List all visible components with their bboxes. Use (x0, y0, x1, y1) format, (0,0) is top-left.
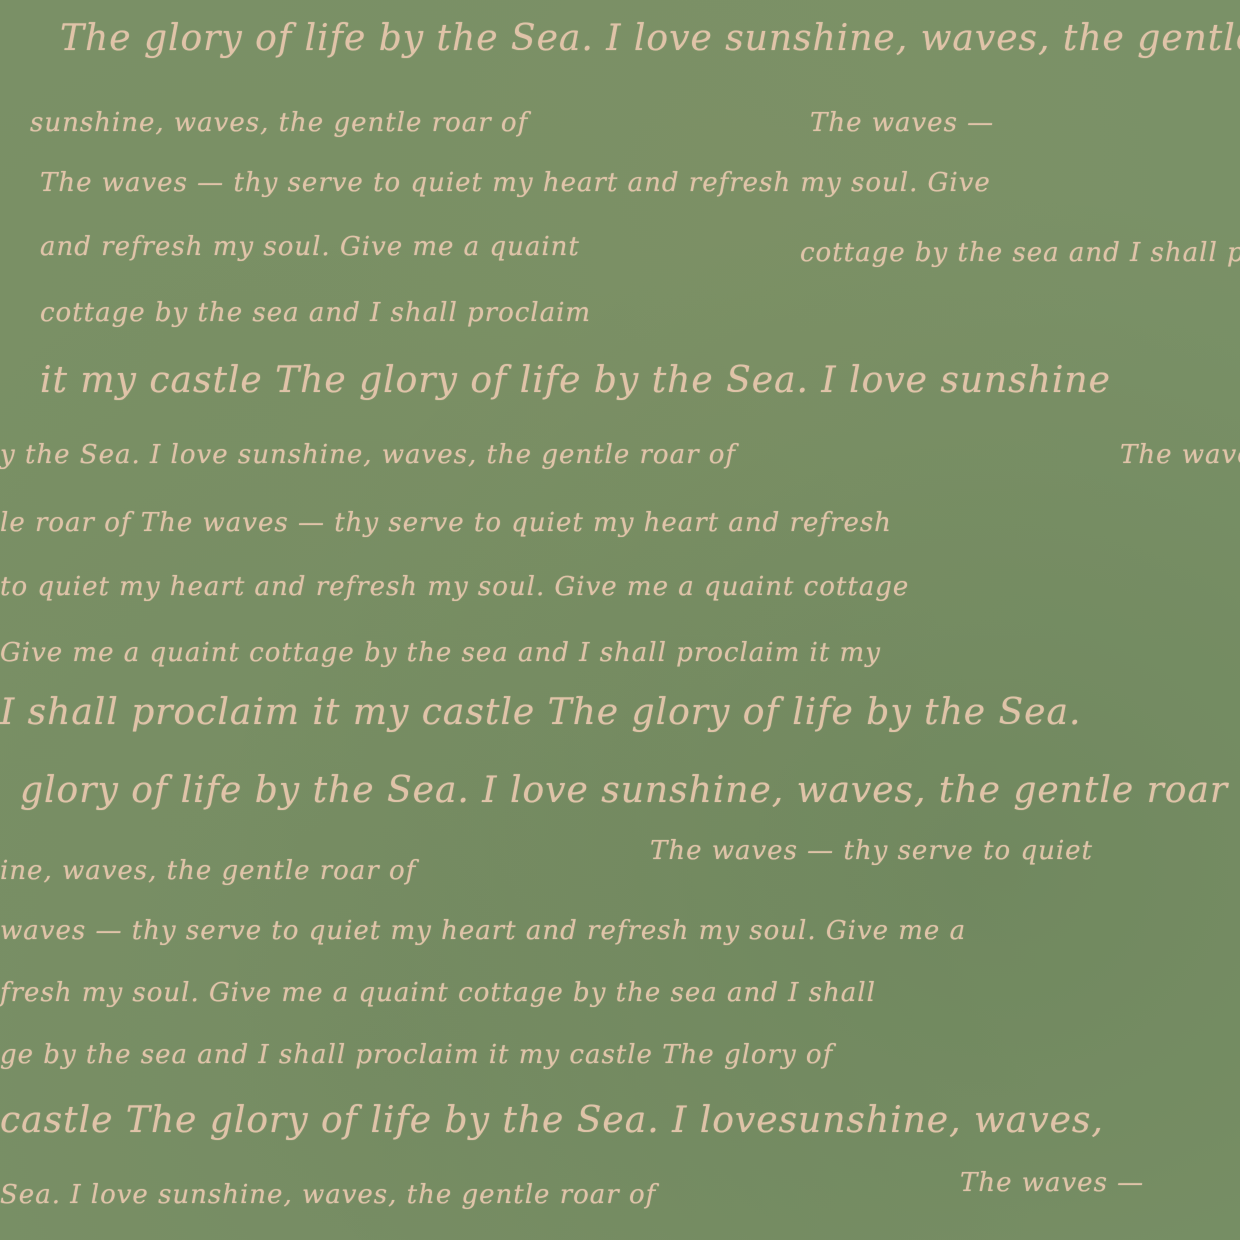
script-line: The waves — thy serve to quiet (650, 836, 1093, 866)
script-line: it my castle The glory of life by the Se… (40, 360, 1111, 401)
script-line: ge by the sea and I shall proclaim it my… (0, 1040, 833, 1070)
script-line: le roar of The waves — thy serve to quie… (0, 508, 892, 538)
script-line: to quiet my heart and refresh my soul. G… (0, 572, 909, 602)
script-pattern-background: The glory of life by the Sea. I love sun… (0, 0, 1240, 1240)
script-line: glory of life by the Sea. I love sunshin… (20, 770, 1240, 811)
script-line: Give me a quaint cottage by the sea and … (0, 638, 881, 668)
script-line: The waves — (810, 108, 994, 138)
script-line: waves — thy serve to quiet my heart and … (0, 916, 966, 946)
script-line: The glory of life by the Sea. I love sun… (60, 18, 1240, 59)
script-line: cottage by the sea and I shall proclaim (40, 298, 591, 328)
script-line: ine, waves, the gentle roar of (0, 856, 416, 886)
script-line: castle The glory of life by the Sea. I l… (0, 1100, 1104, 1141)
script-line: y the Sea. I love sunshine, waves, the g… (0, 440, 736, 470)
script-line: sunshine, waves, the gentle roar of (30, 108, 528, 138)
script-line: fresh my soul. Give me a quaint cottage … (0, 978, 876, 1008)
script-line: cottage by the sea and I shall proclaim (800, 238, 1240, 268)
script-line: The waves — thy serve to quiet my heart … (40, 168, 991, 198)
script-line: I shall proclaim it my castle The glory … (0, 692, 1081, 733)
script-line: The waves — (960, 1168, 1144, 1198)
script-line: and refresh my soul. Give me a quaint (40, 232, 580, 262)
script-line: Sea. I love sunshine, waves, the gentle … (0, 1180, 656, 1210)
script-line: The waves (1120, 440, 1240, 470)
